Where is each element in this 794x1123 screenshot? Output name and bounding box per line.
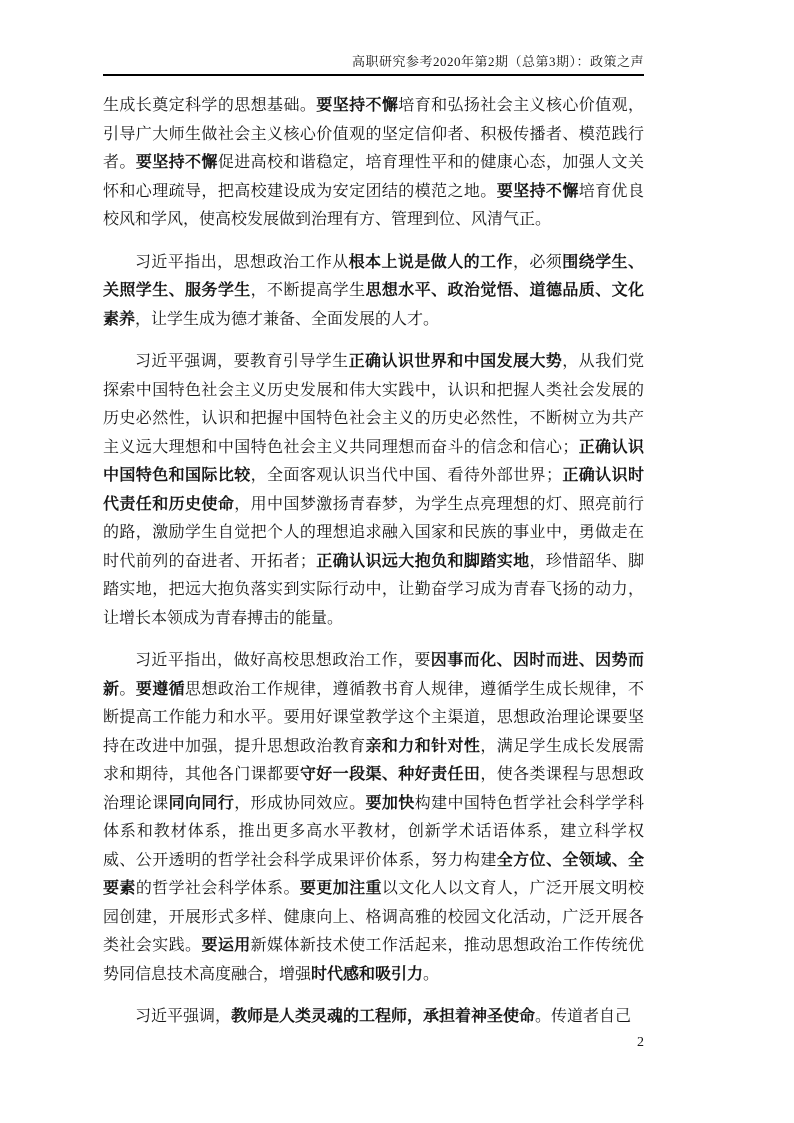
text-run-bold: 正确认识远大抱负和脚踏实地	[316, 553, 530, 570]
page-footer: 2	[103, 1033, 644, 1053]
text-run: ，全面客观认识当代中国、看待外部世界；	[251, 467, 562, 484]
document-page: 高职研究参考2020年第2期（总第3期）：政策之声 生成长奠定科学的思想基础。要…	[0, 0, 794, 1123]
text-run: 习近平强调，要教育引导学生	[135, 353, 349, 370]
text-run-bold: 要坚持不懈	[136, 154, 218, 171]
paragraph: 习近平强调，要教育引导学生正确认识世界和中国发展大势，从我们党探索中国特色社会主…	[103, 348, 644, 633]
text-run-bold: 要坚持不懈	[316, 97, 398, 114]
text-run: 。	[119, 681, 135, 698]
text-run-bold: 同向同行	[169, 795, 235, 812]
paragraph: 习近平指出，思想政治工作从根本上说是做人的工作，必须围绕学生、关照学生、服务学生…	[103, 249, 644, 335]
text-run: ，形成协同效应。	[234, 795, 365, 812]
paragraph: 生成长奠定科学的思想基础。要坚持不懈培育和弘扬社会主义核心价值观，引导广大师生做…	[103, 92, 644, 235]
text-run: 习近平指出，思想政治工作从	[135, 254, 349, 271]
page-header: 高职研究参考2020年第2期（总第3期）：政策之声	[103, 52, 644, 76]
text-run: 习近平强调，	[135, 1008, 231, 1025]
text-run: ，不断提高学生	[251, 282, 366, 299]
text-run-bold: 根本上说是做人的工作	[349, 254, 513, 271]
text-run: 。	[423, 966, 439, 983]
text-run: ，让学生成为德才兼备、全面发展的人才。	[135, 311, 439, 328]
text-run-bold: 要坚持不懈	[497, 183, 579, 200]
text-run-bold: 时代感和吸引力	[311, 966, 423, 983]
text-run-bold: 要遵循	[136, 681, 185, 698]
document-body: 生成长奠定科学的思想基础。要坚持不懈培育和弘扬社会主义核心价值观，引导广大师生做…	[103, 92, 644, 1032]
text-run-bold: 要更加注重	[300, 880, 382, 897]
text-run-bold: 教师是人类灵魂的工程师，承担着神圣使命	[231, 1008, 535, 1025]
paragraph: 习近平强调，教师是人类灵魂的工程师，承担着神圣使命。传道者自己	[103, 1003, 644, 1032]
text-run: 的哲学社会科学体系。	[136, 880, 300, 897]
text-run: 。传道者自己	[535, 1008, 631, 1025]
text-run: ，必须	[513, 254, 562, 271]
header-title: 高职研究参考2020年第2期（总第3期）：政策之声	[352, 54, 644, 69]
text-run-bold: 守好一段渠、种好责任田	[300, 766, 480, 783]
text-run-bold: 亲和力和针对性	[365, 738, 480, 755]
text-run: 习近平指出，做好高校思想政治工作，要	[135, 652, 431, 669]
text-run: 生成长奠定科学的思想基础。	[103, 97, 316, 114]
page-number: 2	[637, 1035, 644, 1050]
text-run-bold: 要加快	[365, 795, 414, 812]
text-run-bold: 要运用	[201, 937, 250, 954]
paragraph: 习近平指出，做好高校思想政治工作，要因事而化、因时而进、因势而新。要遵循思想政治…	[103, 647, 644, 989]
text-run-bold: 正确认识世界和中国发展大势	[349, 353, 563, 370]
